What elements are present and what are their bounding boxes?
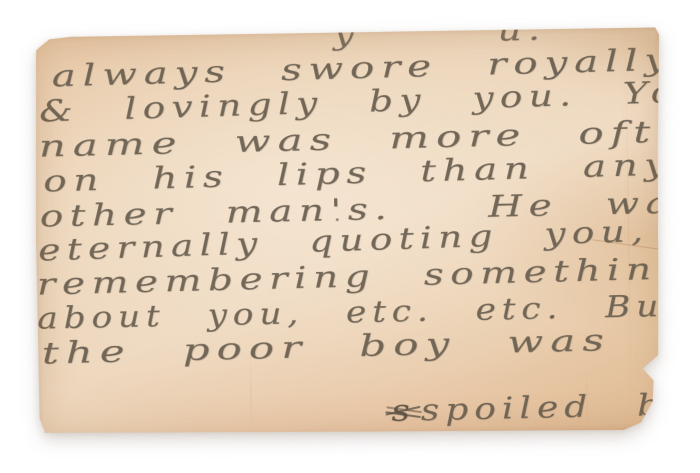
photo-background: y u. He always swore royally & lovingly … — [0, 0, 700, 473]
handwritten-text: spoiled boy in his way — [420, 379, 665, 428]
crossed-out-letter: s — [391, 396, 416, 427]
letter-paper: y u. He always swore royally & lovingly … — [33, 27, 665, 438]
letter-paper-wrap: y u. He always swore royally & lovingly … — [33, 27, 665, 438]
